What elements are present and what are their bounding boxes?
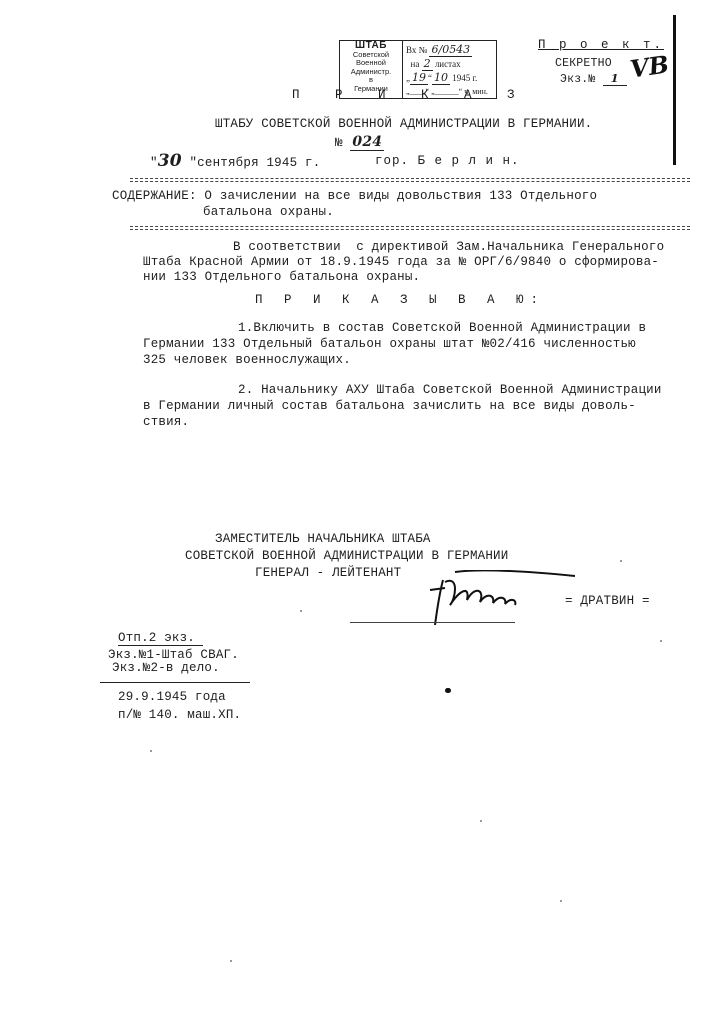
signatory-title-line: СОВЕТСКОЙ ВОЕННОЙ АДМИНИСТРАЦИИ В ГЕРМАН… bbox=[185, 549, 508, 563]
stamp-date-year: 1945 г. bbox=[452, 73, 477, 83]
sheets-label: листах bbox=[435, 59, 461, 69]
dateline-place: гор. Б е р л и н. bbox=[375, 154, 520, 168]
handwritten-mark: VB bbox=[628, 49, 671, 83]
order-item-1-line: 325 человек военнослужащих. bbox=[143, 353, 351, 367]
sheets-prefix: на bbox=[411, 59, 420, 69]
handwritten-signature bbox=[425, 570, 575, 630]
order-item-1-line: 1.Включить в состав Советской Военной Ад… bbox=[238, 321, 646, 335]
addressee: ШТАБУ СОВЕТСКОЙ ВОЕННОЙ АДМИНИСТРАЦИИ В … bbox=[215, 117, 592, 131]
preamble-line: В соответствии с директивой Зам.Начальни… bbox=[233, 240, 664, 254]
secret-label: СЕКРЕТНО bbox=[555, 57, 612, 70]
order-number: № 024 bbox=[335, 134, 384, 150]
copy-label: Экз.№ bbox=[560, 73, 596, 86]
scan-speck bbox=[300, 610, 302, 612]
stamp-org-line: Германии bbox=[340, 85, 402, 94]
date-day: 30 bbox=[158, 151, 182, 171]
copy-line: Экз.№ 1 bbox=[560, 71, 627, 86]
order-word: П Р И К А З Ы В А Ю: bbox=[255, 293, 545, 307]
incoming-label: Вх № bbox=[406, 45, 427, 55]
number-prefix: № bbox=[335, 136, 343, 150]
footer-divider bbox=[100, 682, 250, 683]
stamp-organization: ШТАБ Советской Военной Администр. в Герм… bbox=[340, 41, 403, 99]
date-month-year: "сентября 1945 г. bbox=[189, 156, 320, 170]
sheets-value: 2 bbox=[422, 57, 433, 71]
signatory-name: = ДРАТВИН = bbox=[565, 594, 650, 608]
scan-speck bbox=[230, 960, 232, 962]
stamp-date-day: 19 bbox=[410, 71, 428, 85]
footer-typist: п/№ 140. маш.ХП. bbox=[118, 708, 241, 722]
order-item-2-line: в Германии личный состав батальона зачис… bbox=[143, 399, 636, 413]
preamble-line: нии 133 Отдельного батальона охраны. bbox=[143, 270, 420, 284]
scan-speck bbox=[660, 640, 662, 642]
incoming-registration-stamp: ШТАБ Советской Военной Администр. в Герм… bbox=[339, 40, 497, 99]
stamp-registration: Вх № 6/0543 на 2 листах „19“10 1945 г. „… bbox=[406, 43, 494, 98]
order-item-2-line: 2. Начальнику АХУ Штаба Советской Военно… bbox=[238, 383, 662, 397]
footer-date: 29.9.1945 года bbox=[118, 690, 226, 704]
copies-count: Отп.2 экз. bbox=[118, 631, 203, 646]
subject-text: О зачислении на все виды довольствия 133… bbox=[204, 189, 597, 203]
subject-line-2: батальона охраны. bbox=[203, 205, 334, 219]
subject-line-1: СОДЕРЖАНИЕ: О зачислении на все виды дов… bbox=[112, 189, 597, 203]
scan-speck bbox=[445, 688, 451, 693]
preamble-line: Штаба Красной Армии от 18.9.1945 года за… bbox=[143, 255, 659, 269]
project-label: П р о е к т. bbox=[538, 38, 664, 52]
number-value: 024 bbox=[350, 134, 384, 151]
scan-speck bbox=[560, 900, 562, 902]
page-edge-bar bbox=[673, 15, 676, 165]
dateline-date: "30 "сентября 1945 г. bbox=[150, 151, 320, 171]
signatory-title-line: ЗАМЕСТИТЕЛЬ НАЧАЛЬНИКА ШТАБА bbox=[215, 532, 431, 546]
subject-label: СОДЕРЖАНИЕ: bbox=[112, 189, 197, 203]
scan-speck bbox=[150, 750, 152, 752]
stamp-date-month: 10 bbox=[432, 71, 450, 85]
distribution-line: Экз.№1-Штаб СВАГ. bbox=[108, 648, 239, 662]
incoming-number: 6/0543 bbox=[429, 43, 472, 57]
distribution-line: Экз.№2-в дело. bbox=[112, 661, 220, 675]
separator-bottom bbox=[130, 226, 690, 230]
signatory-title-line: ГЕНЕРАЛ - ЛЕЙТЕНАНТ bbox=[255, 566, 401, 580]
order-item-1-line: Германии 133 Отдельный батальон охраны ш… bbox=[143, 337, 636, 351]
separator-top bbox=[130, 178, 690, 182]
signature-underline bbox=[350, 622, 515, 623]
scan-speck bbox=[620, 560, 622, 562]
order-item-2-line: ствия. bbox=[143, 415, 189, 429]
scan-speck bbox=[480, 820, 482, 822]
copy-number: 1 bbox=[603, 71, 627, 86]
